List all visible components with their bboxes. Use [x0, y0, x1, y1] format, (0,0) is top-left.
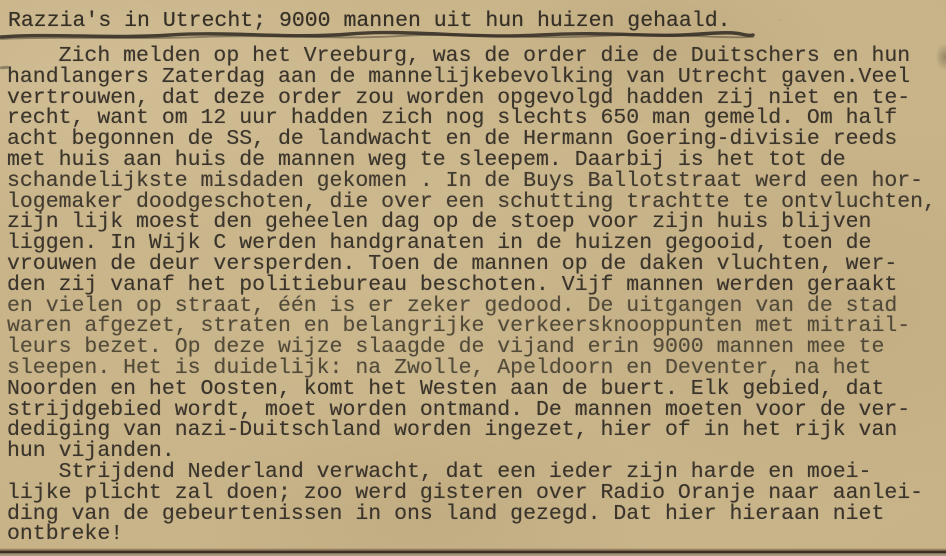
text-line: vrouwen de deur versperden. Toen de mann…	[7, 254, 943, 275]
text-line: sleepen. Het is duidelijk: na Zwolle, Ap…	[7, 358, 943, 379]
text-line: handlangers Zaterdag aan de mannelijkebe…	[7, 67, 943, 88]
text-line: liggen. In Wijk C werden handgranaten in…	[7, 233, 943, 254]
text-line: lijke plicht zal doen; zoo werd gisteren…	[7, 483, 943, 504]
text-line: strijdgebied wordt, moet worden ontmand.…	[7, 400, 943, 421]
headline: Razzia's in Utrecht; 9000 mannen uit hun…	[8, 10, 731, 32]
text-line: Noorden en het Oosten, komt het Westen a…	[7, 379, 943, 400]
text-line: vertrouwen, dat deze order zou worden op…	[7, 88, 943, 109]
text-line: ding van de gebeurtenissen in ons land g…	[7, 504, 943, 525]
text-line: den zij vanaf het politiebureau beschote…	[7, 275, 943, 296]
text-line: acht begonnen de SS, de landwacht en de …	[7, 129, 943, 150]
text-line: Strijdend Nederland verwacht, dat een ie…	[7, 462, 943, 483]
text-line: schandelijkste misdaden gekomen . In de …	[7, 171, 943, 192]
text-line: logemaker doodgeschoten, die over een sc…	[7, 192, 943, 213]
text-line: hun vijanden.	[7, 441, 943, 462]
text-line: recht, want om 12 uur hadden zich nog sl…	[7, 108, 943, 129]
text-line: zijn lijk moest den geheelen dag op de s…	[7, 212, 943, 233]
text-line: leurs bezet. Op deze wijze slaagde de vi…	[7, 337, 943, 358]
text-line: ontbreke!	[7, 524, 943, 545]
scan-bottom-edge	[0, 548, 946, 556]
text-line: met huis aan huis de mannen weg te sleep…	[7, 150, 943, 171]
text-line: Zich melden op het Vreeburg, was de orde…	[7, 46, 943, 67]
scanned-document-page: Razzia's in Utrecht; 9000 mannen uit hun…	[0, 0, 946, 556]
scan-artifact	[0, 66, 9, 70]
article-body: Zich melden op het Vreeburg, was de orde…	[7, 46, 943, 545]
text-line: dediging van nazi-Duitschland worden ing…	[7, 420, 943, 441]
